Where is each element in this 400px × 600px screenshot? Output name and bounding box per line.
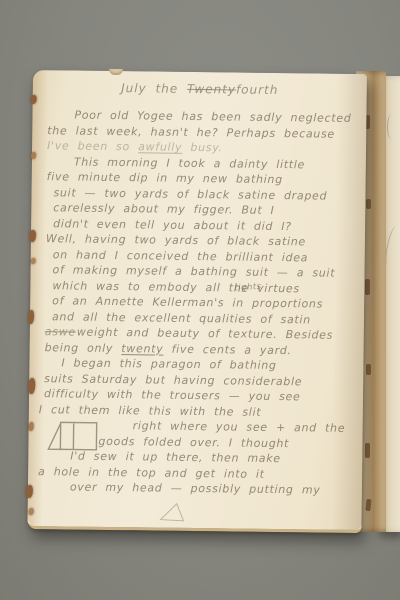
stitch-mark (366, 199, 371, 209)
title-struck-word: Twenty (187, 82, 236, 97)
diary-page: July the Twentyfourth Poor old Yogee has… (27, 70, 367, 533)
inserted-word-annotation: tights (234, 282, 262, 294)
stitch-mark (365, 279, 370, 295)
worn-notch (109, 69, 123, 75)
worn-edge-spot (29, 422, 34, 431)
stitch-mark (365, 499, 371, 511)
entry-date-title: July the Twentyfourth (33, 80, 367, 98)
stitch-mark (366, 364, 371, 375)
pencil-mark (387, 114, 397, 140)
stitch-mark (365, 443, 370, 458)
worn-edge-spot (31, 152, 36, 159)
photograph-background: July the Twentyfourth Poor old Yogee has… (0, 0, 400, 600)
worn-edge-spot (28, 378, 35, 394)
page-crease (159, 502, 189, 524)
worn-edge-spot (26, 485, 33, 498)
worn-edge-spot (31, 258, 36, 264)
title-post: fourth (236, 82, 279, 97)
title-pre: July the (121, 81, 187, 96)
handwritten-line: over my head — possibly putting my (70, 479, 358, 498)
worn-edge-spot (28, 310, 34, 324)
worn-edge-spot (29, 230, 36, 242)
worn-edge-spot (31, 95, 37, 104)
worn-edge-spot (29, 508, 34, 515)
bathing-suit-pattern-sketch (45, 416, 101, 457)
